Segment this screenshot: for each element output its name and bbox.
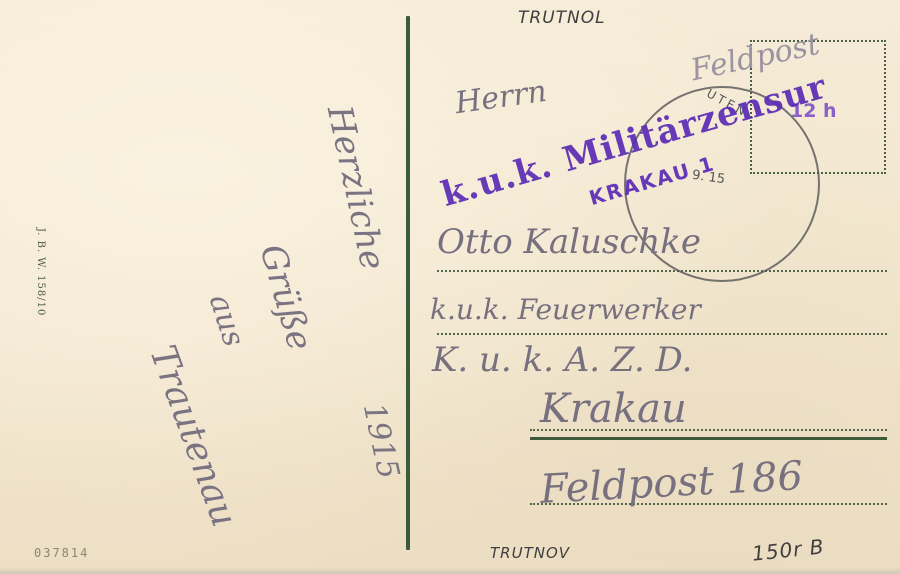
address-line-1 (437, 270, 887, 272)
pencil-price: 150r B (751, 534, 826, 565)
address-line-2 (437, 333, 887, 335)
publisher-mark: J. B. W. 158/10 (20, 228, 46, 338)
message-line: Herzliche (319, 102, 393, 273)
address-rank: k.u.k. Feuerwerker (430, 293, 701, 326)
pencil-note-top: TRUTNOL (518, 8, 606, 28)
message-line: Trautenau (141, 340, 244, 532)
address-city: Krakau (540, 386, 687, 432)
address-underline (530, 437, 887, 440)
address-salutation: Herrn (453, 74, 549, 121)
message-line: aus (202, 290, 252, 351)
pencil-note-bottom: TRUTNOV (490, 544, 570, 562)
message-date: 1915 (356, 400, 406, 482)
center-divider-line (406, 16, 410, 550)
postcard-back: J. B. W. 158/10 12 h UTEN 9. 15 Feldpost… (0, 0, 900, 574)
address-unit: K. u. k. A. Z. D. (432, 340, 692, 380)
handwritten-message: Herzliche Grüße aus Trautenau 1915 (140, 90, 400, 520)
address-name: Otto Kaluschke (437, 222, 701, 262)
message-line: Grüße (252, 240, 320, 355)
stock-number: 037814 (34, 546, 89, 560)
